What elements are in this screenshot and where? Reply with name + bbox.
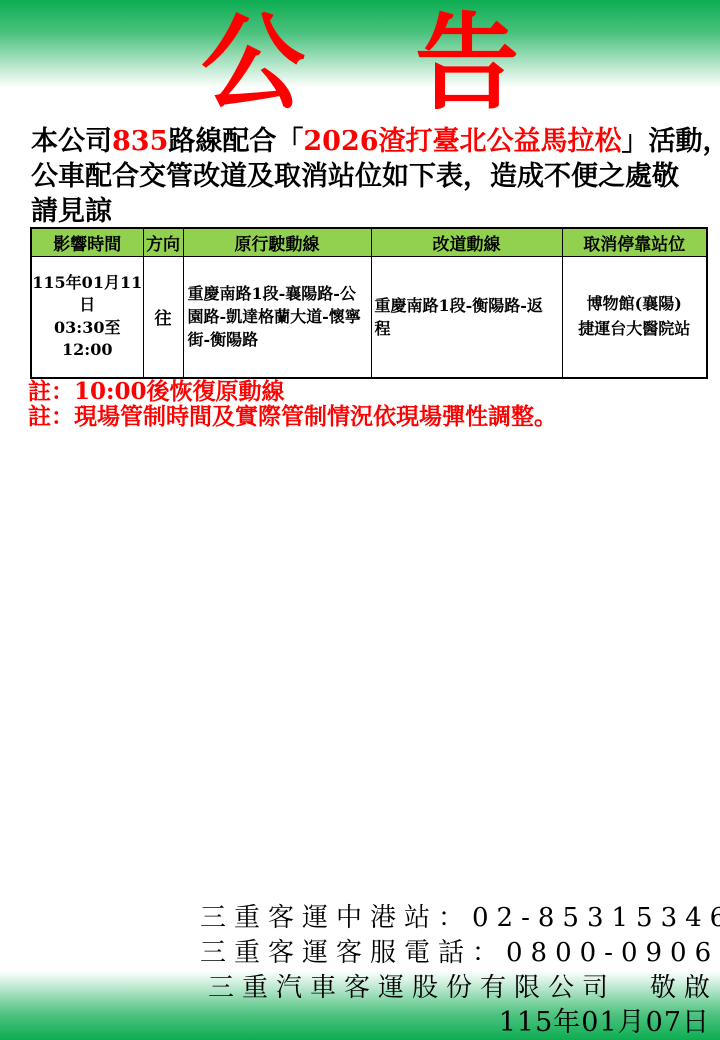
notes-block: 註：10:00後恢復原動線 註：現場管制時間及實際管制情況依現場彈性調整。 (28, 379, 708, 429)
intro-segment: 公車配合交管改道及取消站位如下表，造成不便之處敬 (31, 161, 679, 192)
title-char-gong: 公 (201, 2, 305, 124)
event-name: 2026渣打臺北公益馬拉松 (303, 126, 621, 157)
company-signoff-line: 三重汽車客運股份有限公司 敬啟 (200, 971, 718, 1006)
intro-segment: 路線配合「 (168, 126, 303, 157)
announcement-intro: 本公司835路線配合「2026渣打臺北公益馬拉松」活動， 公車配合交管改道及取消… (31, 124, 711, 229)
table-header-row: 影響時間 方向 原行駛動線 改道動線 取消停靠站位 (31, 228, 707, 257)
table-row: 115年01月11日 03:30至12:00 往 重慶南路1段-襄陽路-公園路-… (31, 257, 707, 378)
header-original-route: 原行駛動線 (183, 228, 371, 257)
note-line-adjustment: 註：現場管制時間及實際管制情況依現場彈性調整。 (28, 404, 708, 429)
contact-line-customer-service: 三重客運客服電話：0800-090607 (200, 936, 718, 971)
header-cancelled-stops: 取消停靠站位 (562, 228, 707, 257)
cell-detour-route: 重慶南路1段-衡陽路-返程 (371, 257, 562, 378)
route-table: 影響時間 方向 原行駛動線 改道動線 取消停靠站位 115年01月11日 03:… (30, 227, 708, 379)
intro-line-3: 請見諒 (31, 194, 711, 229)
cell-original-route: 重慶南路1段-襄陽路-公園路-凱達格蘭大道-懷寧街-衡陽路 (183, 257, 371, 378)
intro-segment: 」活動， (622, 126, 720, 157)
cell-affected-time: 115年01月11日 03:30至12:00 (31, 257, 143, 378)
footer-date: 115年01月07日 (200, 1006, 710, 1039)
header-direction: 方向 (143, 228, 183, 257)
intro-segment: 請見諒 (31, 196, 112, 227)
intro-line-2: 公車配合交管改道及取消站位如下表，造成不便之處敬 (31, 159, 711, 194)
header-detour-route: 改道動線 (371, 228, 562, 257)
note-line-restore: 註：10:00後恢復原動線 (28, 379, 708, 404)
cell-cancelled-stops: 博物館(襄陽) 捷運台大醫院站 (562, 257, 707, 378)
intro-line-1: 本公司835路線配合「2026渣打臺北公益馬拉松」活動， (31, 124, 711, 159)
page-title: 公 告 (0, 2, 720, 124)
cell-direction: 往 (143, 257, 183, 378)
footer-contact-block: 三重客運中港站：02-85315346 三重客運客服電話：0800-090607… (200, 901, 710, 1039)
announcement-page: 公 告 本公司835路線配合「2026渣打臺北公益馬拉松」活動， 公車配合交管改… (0, 0, 720, 1040)
route-number: 835 (112, 126, 168, 157)
intro-segment: 本公司 (31, 126, 112, 157)
contact-line-zhonggang-station: 三重客運中港站：02-85315346 (200, 901, 718, 936)
header-affected-time: 影響時間 (31, 228, 143, 257)
title-char-gao: 告 (415, 2, 519, 124)
